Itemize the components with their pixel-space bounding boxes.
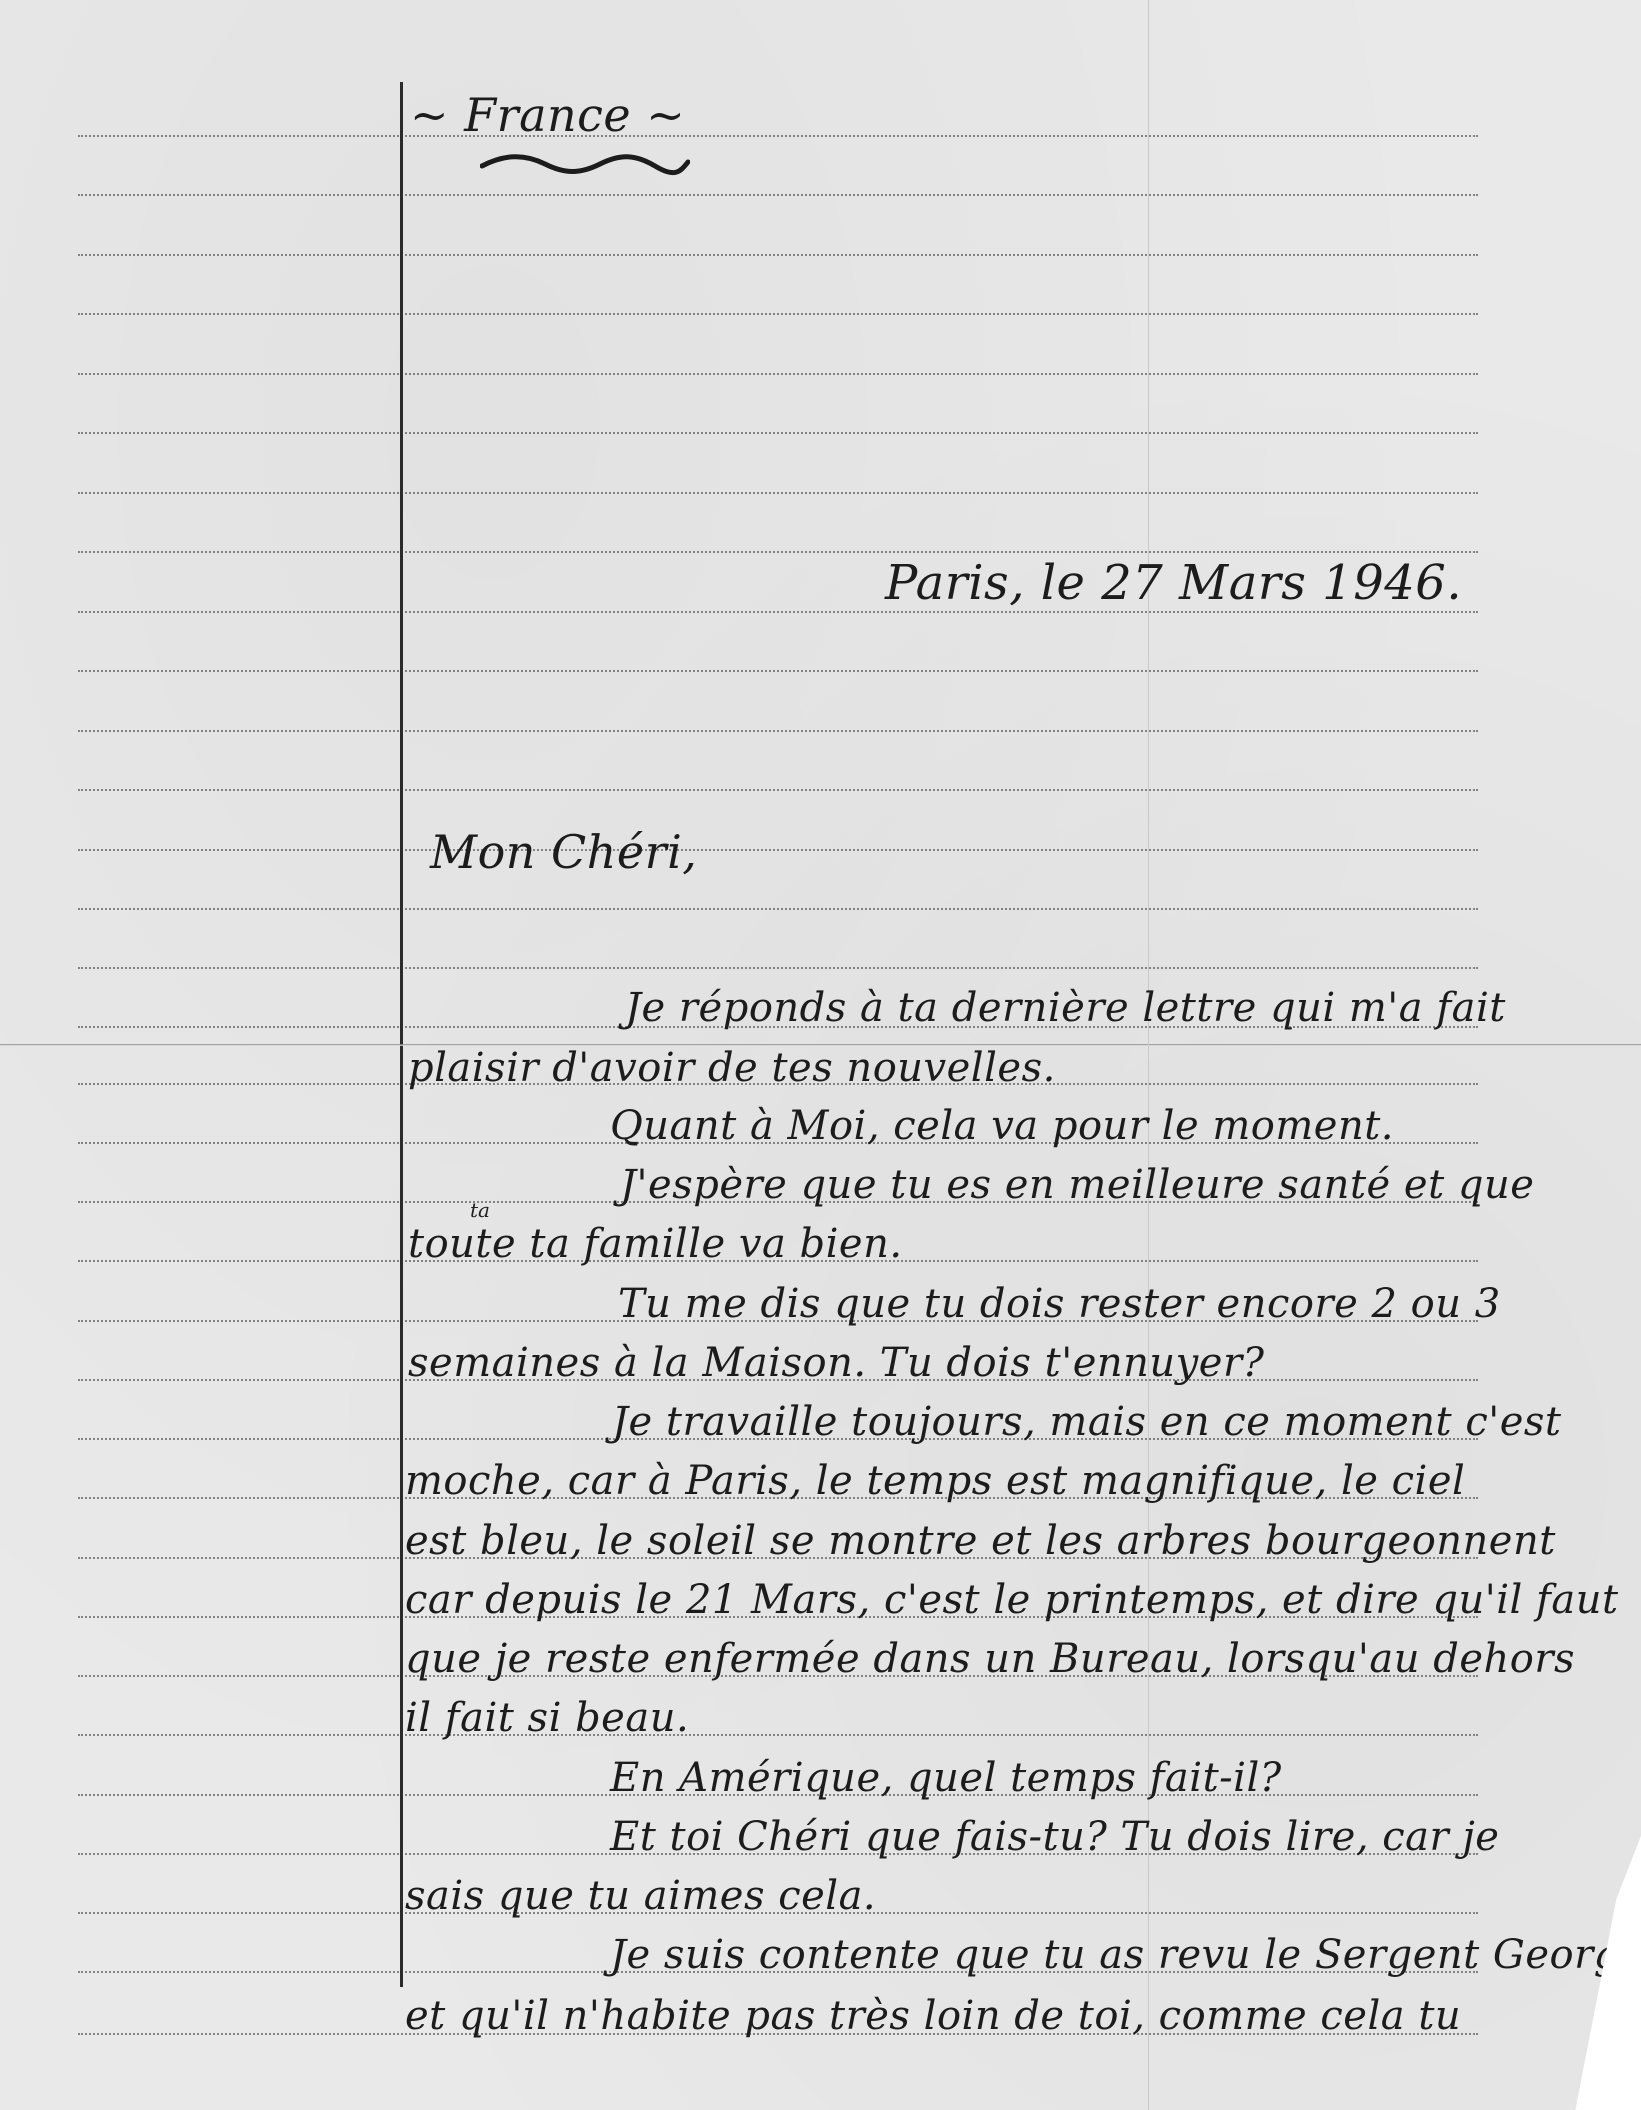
- body-line: que je reste enfermée dans un Bureau, lo…: [405, 1636, 1575, 1682]
- ruled-line: [78, 1734, 1478, 1736]
- body-line: moche, car à Paris, le temps est magnifi…: [405, 1458, 1465, 1504]
- salutation: Mon Chéri,: [430, 825, 697, 879]
- body-line: est bleu, le soleil se montre et les arb…: [405, 1518, 1556, 1564]
- body-line: et qu'il n'habite pas très loin de toi, …: [405, 1993, 1461, 2039]
- ruled-line: [78, 135, 1478, 137]
- body-line: Je suis contente que tu as revu le Serge…: [610, 1932, 1641, 1978]
- body-line: car depuis le 21 Mars, c'est le printemp…: [405, 1577, 1619, 1623]
- body-line: toute ta famille va bien.: [408, 1221, 903, 1267]
- body-line: Et toi Chéri que fais-tu? Tu dois lire, …: [610, 1814, 1499, 1860]
- ruled-line: [78, 373, 1478, 375]
- dateline: Paris, le 27 Mars 1946.: [885, 555, 1462, 611]
- ruled-line: [78, 849, 1478, 851]
- margin-line: [400, 82, 403, 1987]
- ruled-line: [78, 492, 1478, 494]
- ruled-line: [78, 194, 1478, 196]
- ruled-line: [78, 551, 1478, 553]
- body-line: J'espère que tu es en meilleure santé et…: [620, 1162, 1534, 1208]
- ruled-line: [78, 432, 1478, 434]
- letter-page: ~ France ~ Paris, le 27 Mars 1946. Mon C…: [0, 0, 1641, 2110]
- body-line: plaisir d'avoir de tes nouvelles.: [408, 1045, 1056, 1091]
- body-line: En Amérique, quel temps fait-il?: [610, 1755, 1282, 1801]
- ruled-line: [78, 670, 1478, 672]
- body-line: sais que tu aimes cela.: [405, 1873, 876, 1919]
- ruled-line: [78, 789, 1478, 791]
- letter-header-title: ~ France ~: [410, 88, 685, 142]
- ruled-line: [78, 611, 1478, 613]
- body-line: Tu me dis que tu dois rester encore 2 ou…: [618, 1281, 1501, 1327]
- ruled-line: [78, 967, 1478, 969]
- body-line: Quant à Moi, cela va pour le moment.: [610, 1103, 1394, 1149]
- ruled-line: [78, 730, 1478, 732]
- body-line: Je réponds à ta dernière lettre qui m'a …: [625, 985, 1506, 1031]
- body-line: semaines à la Maison. Tu dois t'ennuyer?: [408, 1340, 1265, 1386]
- body-line: il fait si beau.: [405, 1695, 689, 1741]
- ruled-line: [78, 313, 1478, 315]
- ruled-line: [78, 254, 1478, 256]
- ruled-line: [78, 908, 1478, 910]
- body-line: Je travaille toujours, mais en ce moment…: [612, 1399, 1562, 1445]
- squiggle-underline-icon: [480, 150, 690, 178]
- interline-insertion: ta: [470, 1198, 490, 1222]
